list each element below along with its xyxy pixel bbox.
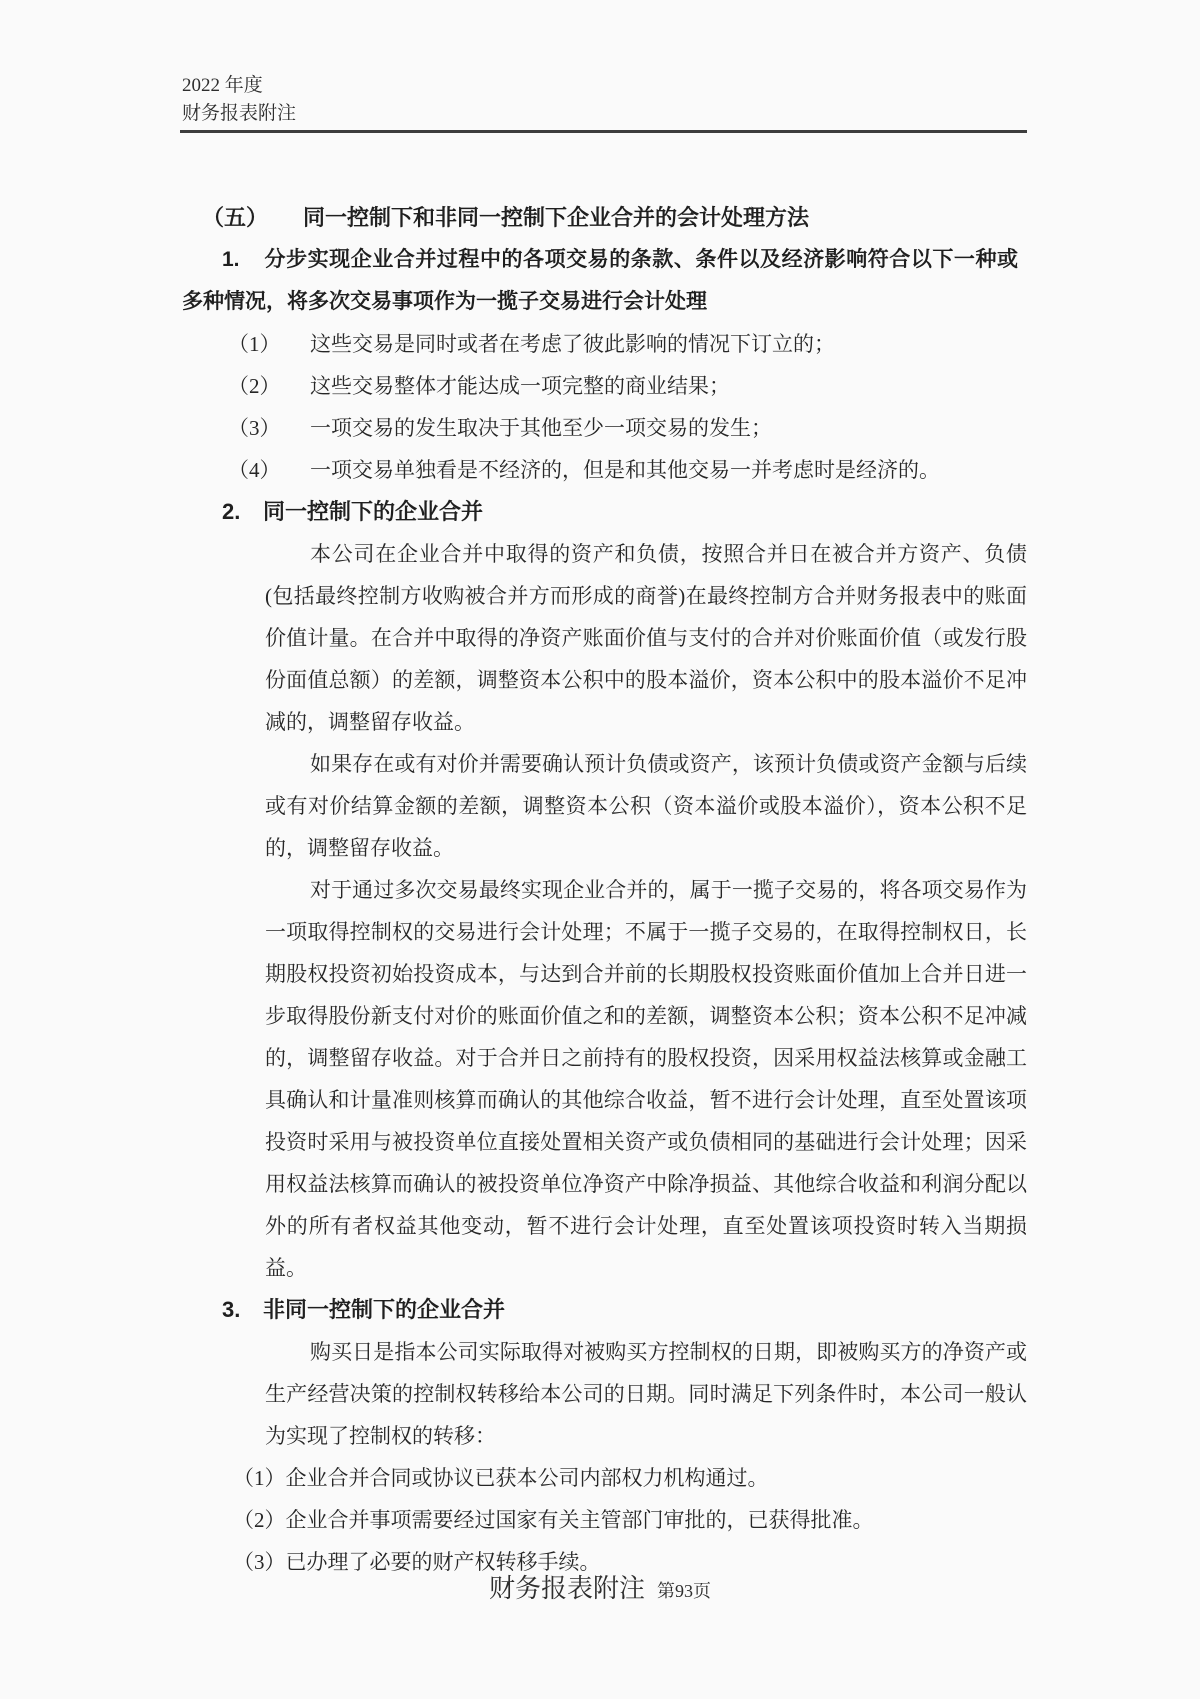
- list-item: （2）企业合并事项需要经过国家有关主管部门审批的，已获得批准。: [233, 1499, 1027, 1541]
- list-item-text: 这些交易整体才能达成一项完整的商业结果；: [310, 374, 730, 398]
- list-item-text: 一项交易单独看是不经济的，但是和其他交易一并考虑时是经济的。: [310, 458, 940, 482]
- heading-1-text: 分步实现企业合并过程中的各项交易的条款、条件以及经济影响符合以下一种或多种情况，…: [182, 248, 1018, 313]
- heading-2: 2.同一控制下的企业合并: [222, 491, 1027, 533]
- paragraph: 对于通过多次交易最终实现企业合并的，属于一揽子交易的，将各项交易作为一项取得控制…: [265, 869, 1027, 1289]
- footer-label: 财务报表附注: [489, 1568, 645, 1605]
- list-item-number: （1）: [228, 323, 310, 365]
- list-item: （4）一项交易单独看是不经济的，但是和其他交易一并考虑时是经济的。: [182, 449, 1027, 491]
- header-doc-line: 财务报表附注: [182, 100, 296, 128]
- heading-2-number: 2.: [222, 491, 263, 533]
- header-rule: [180, 130, 1027, 133]
- document-body: （五）同一控制下和非同一控制下企业合并的会计处理方法 1.分步实现企业合并过程中…: [182, 197, 1027, 1583]
- page-footer: 财务报表附注 第93页: [0, 1568, 1200, 1605]
- heading-3: 3.非同一控制下的企业合并: [222, 1289, 1027, 1331]
- heading-2-text: 同一控制下的企业合并: [263, 499, 483, 524]
- paragraph: 本公司在企业合并中取得的资产和负债，按照合并日在被合并方资产、负债(包括最终控制…: [265, 533, 1027, 743]
- list-item-text: 一项交易的发生取决于其他至少一项交易的发生；: [310, 416, 772, 440]
- footer-page-number: 第93页: [657, 1577, 711, 1603]
- list-item: （2）这些交易整体才能达成一项完整的商业结果；: [182, 365, 1027, 407]
- section-title-number: （五）: [202, 197, 303, 239]
- list-item-text: 这些交易是同时或者在考虑了彼此影响的情况下订立的；: [310, 332, 835, 356]
- paragraph: 如果存在或有对价并需要确认预计负债或资产，该预计负债或资产金额与后续或有对价结算…: [265, 743, 1027, 869]
- heading-1: 1.分步实现企业合并过程中的各项交易的条款、条件以及经济影响符合以下一种或多种情…: [182, 239, 1018, 323]
- heading-3-text: 非同一控制下的企业合并: [263, 1297, 505, 1322]
- section-title: （五）同一控制下和非同一控制下企业合并的会计处理方法: [182, 197, 1027, 239]
- heading-3-number: 3.: [222, 1289, 263, 1331]
- list-item-number: （3）: [228, 407, 310, 449]
- list-item: （3）一项交易的发生取决于其他至少一项交易的发生；: [182, 407, 1027, 449]
- header-year-line: 2022 年度: [182, 72, 296, 100]
- section-title-text: 同一控制下和非同一控制下企业合并的会计处理方法: [303, 205, 809, 230]
- paragraph: 购买日是指本公司实际取得对被购买方控制权的日期，即被购买方的净资产或生产经营决策…: [265, 1331, 1027, 1457]
- heading-1-number: 1.: [222, 239, 264, 281]
- list-item-number: （4）: [228, 449, 310, 491]
- list-item: （1）企业合并合同或协议已获本公司内部权力机构通过。: [233, 1457, 1027, 1499]
- list-item-number: （2）: [228, 365, 310, 407]
- page-header: 2022 年度 财务报表附注: [182, 72, 296, 128]
- list-item: （1）这些交易是同时或者在考虑了彼此影响的情况下订立的；: [182, 323, 1027, 365]
